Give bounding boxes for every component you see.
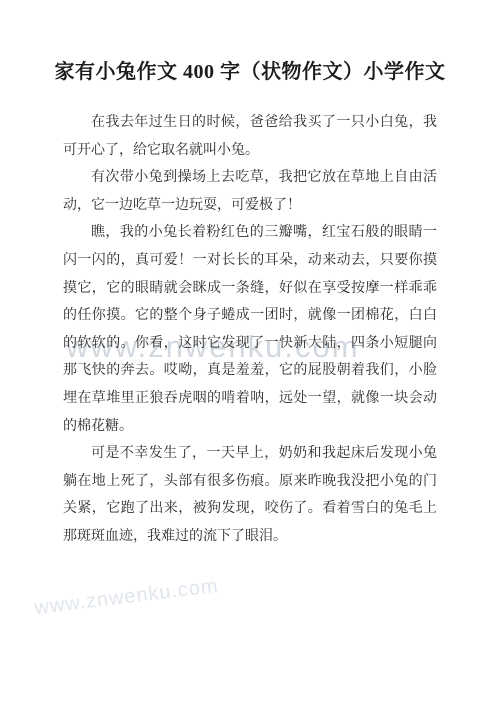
- essay-body: 在我去年过生日的时候，爸爸给我买了一只小白兔，我可开心了，给它取名就叫小兔。 有…: [63, 109, 437, 551]
- essay-paragraph: 在我去年过生日的时候，爸爸给我买了一只小白兔，我可开心了，给它取名就叫小兔。: [63, 109, 437, 164]
- essay-paragraph: 可是不幸发生了，一天早上，奶奶和我起床后发现小兔躺在地上死了，头部有很多伤痕。原…: [63, 440, 437, 550]
- essay-paragraph: 瞧，我的小兔长着粉红色的三瓣嘴，红宝石般的眼睛一闪一闪的，真可爱！一对长长的耳朵…: [63, 219, 437, 440]
- document-page: 家有小兔作文 400 字（状物作文）小学作文 www.znwenku.com 在…: [0, 0, 500, 707]
- essay-paragraph: 有次带小兔到操场上去吃草，我把它放在草地上自由活动，它一边吃草一边玩耍，可爱极了…: [63, 164, 437, 219]
- watermark-bottom-left: www.znwenku.com: [33, 575, 219, 620]
- page-title: 家有小兔作文 400 字（状物作文）小学作文: [0, 55, 500, 84]
